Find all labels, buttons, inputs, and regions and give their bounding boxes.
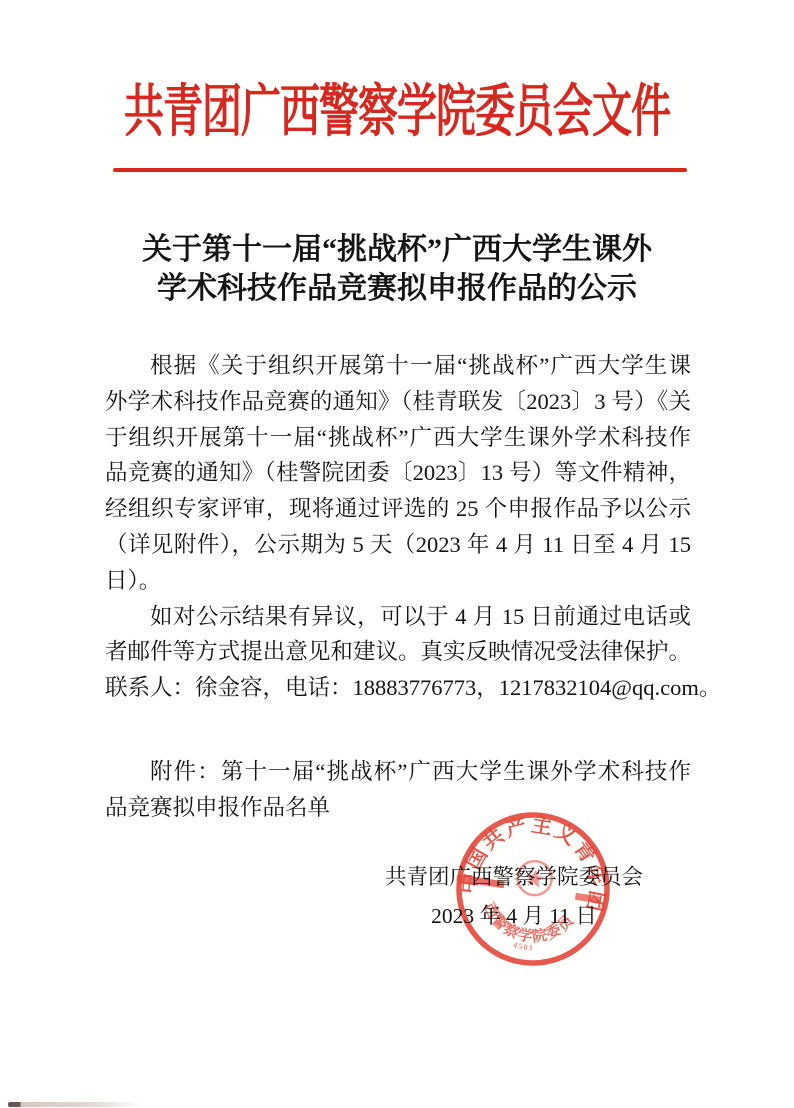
body-line: 者邮件等方式提出意见和建议。真实反映情况受法律保护。 — [105, 634, 691, 670]
body-line: 经组织专家评审，现将通过评选的 25 个申报作品予以公示 — [105, 491, 691, 527]
seal-star-icon — [524, 868, 546, 889]
body-paragraph: 根据《关于组织开展第十一届“挑战杯”广西大学生课外学术科技作品竞赛的通知》（桂青… — [105, 348, 691, 599]
scan-artifact — [8, 1102, 148, 1107]
body-line: 联系人：徐金容，电话：18883776773，1217832104@qq.com… — [105, 670, 691, 706]
body-line: 根据《关于组织开展第十一届“挑战杯”广西大学生课 — [105, 348, 691, 384]
body-line: 日）。 — [105, 563, 691, 599]
official-seal-stamp: 中国共产主义青年团 广西警察学院委员会 4501 — [418, 774, 648, 1004]
document-title-line-1: 关于第十一届“挑战杯”广西大学生课外 — [0, 230, 794, 269]
document-title: 关于第十一届“挑战杯”广西大学生课外 学术科技作品竞赛拟申报作品的公示 — [0, 230, 794, 308]
body-paragraph: 如对公示结果有异议，可以于 4 月 15 日前通过电话或者邮件等方式提出意见和建… — [105, 599, 691, 706]
svg-text:广西警察学院委员会: 广西警察学院委员会 — [418, 774, 602, 952]
document-body: 根据《关于组织开展第十一届“挑战杯”广西大学生课外学术科技作品竞赛的通知》（桂青… — [105, 348, 691, 826]
red-divider-line — [113, 168, 687, 172]
body-line: 如对公示结果有异议，可以于 4 月 15 日前通过电话或 — [105, 599, 691, 635]
letterhead-title: 共青团广西警察学院委员会文件 — [0, 81, 794, 143]
seal-org-text: 广西警察学院委员会 — [418, 774, 602, 952]
document-title-line-2: 学术科技作品竞赛拟申报作品的公示 — [0, 269, 794, 308]
body-line: 品竞赛的通知》（桂警院团委〔2023〕13 号）等文件精神， — [105, 455, 691, 491]
body-line: 于组织开展第十一届“挑战杯”广西大学生课外学术科技作 — [105, 420, 691, 456]
body-line: （详见附件），公示期为 5 天（2023 年 4 月 11 日至 4 月 15 — [105, 527, 691, 563]
seal-group: 中国共产主义青年团 广西警察学院委员会 4501 — [418, 774, 628, 974]
document-page: 共青团广西警察学院委员会文件 关于第十一届“挑战杯”广西大学生课外 学术科技作品… — [0, 0, 794, 1108]
body-line: 外学术科技作品竞赛的通知》（桂青联发〔2023〕3 号）《关 — [105, 384, 691, 420]
